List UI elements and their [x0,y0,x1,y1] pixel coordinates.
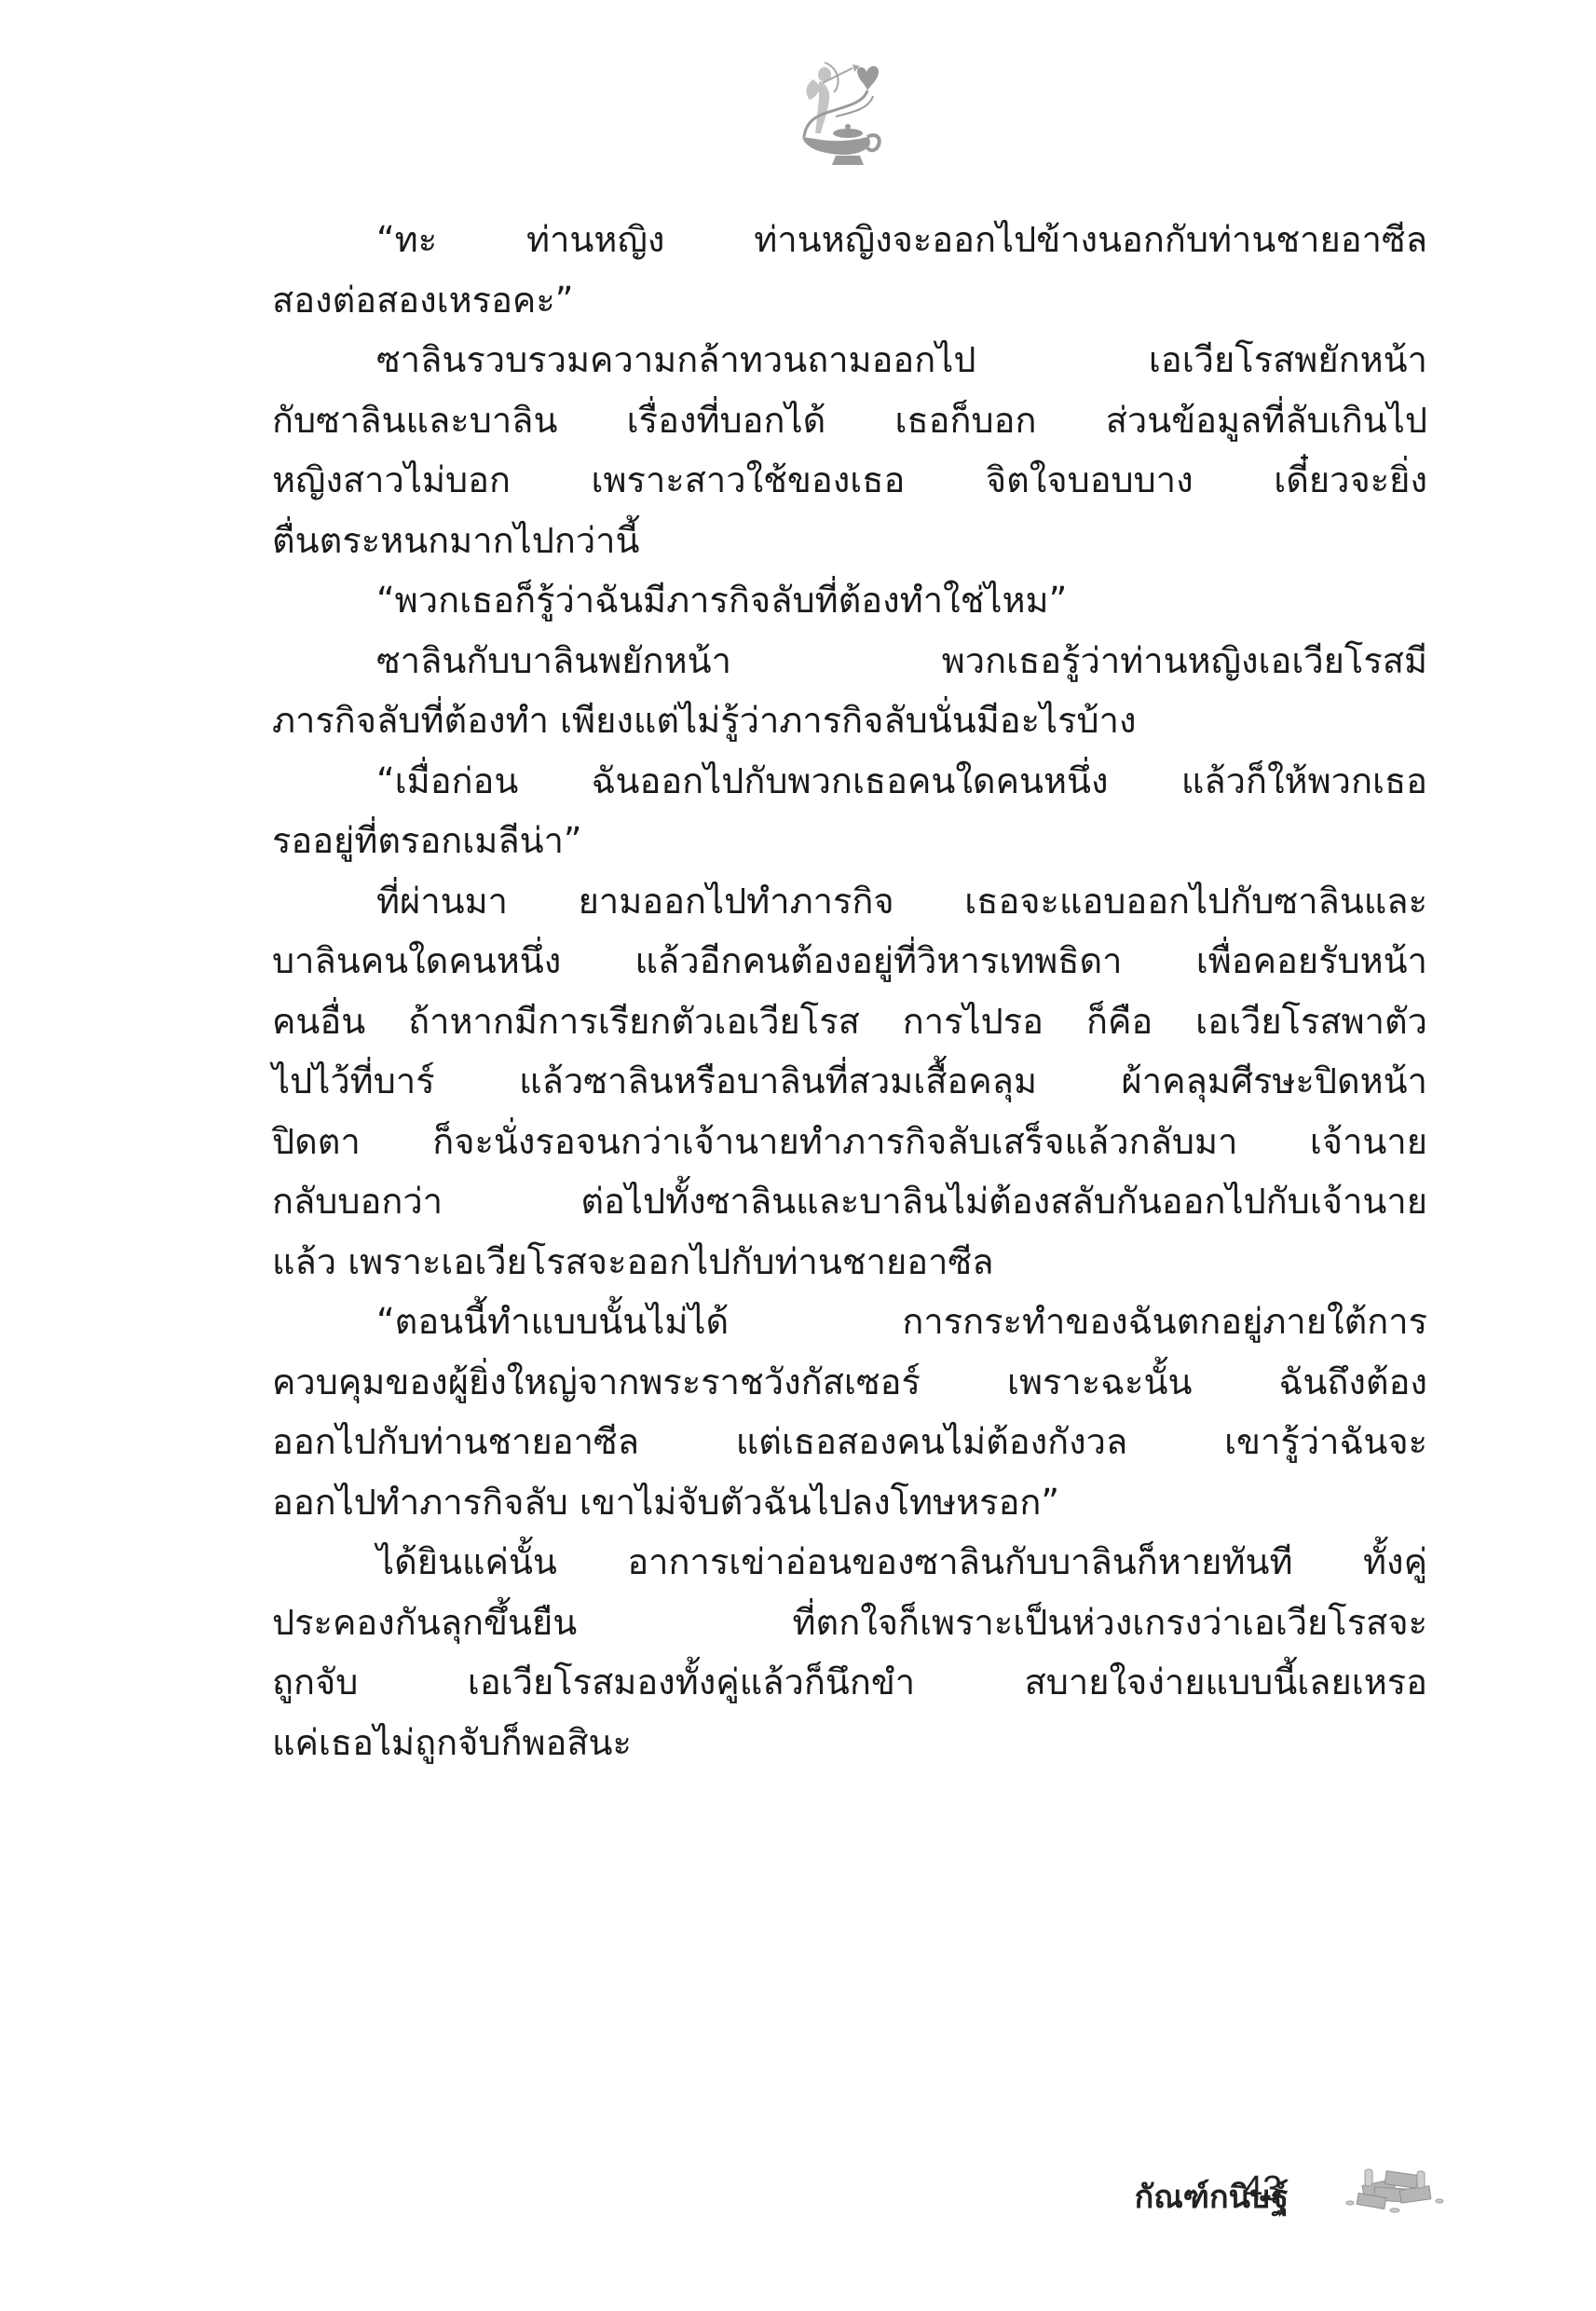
text-line: ซาลินกับบาลินพยักหน้า พวกเธอรู้ว่าท่านหญ… [272,631,1427,691]
cupid-magic-lamp-icon [778,51,899,172]
text-line: “เมื่อก่อน ฉันออกไปกับพวกเธอคนใดคนหนึ่ง … [272,751,1427,812]
text-line: รออยู่ที่ตรอกเมลีน่า” [272,811,1427,871]
text-line: ไปไว้ที่บาร์ แล้วซาลินหรือบาลินที่สวมเสื… [272,1051,1427,1112]
text-line: ตื่นตระหนกมากไปกว่านี้ [272,511,1427,571]
text-line: ออกไปทำภารกิจลับ เขาไม่จับตัวฉันไปลงโทษห… [272,1472,1427,1533]
text-line: คนอื่น ถ้าหากมีการเรียกตัวเอเวียโรส การไ… [272,991,1427,1052]
page-number: 43 [1243,2169,1282,2209]
text-line: สองต่อสองเหรอคะ” [272,270,1427,331]
page-footer: กัณฑ์กนิษฐ์ 43 [0,2160,1596,2225]
text-line: ได้ยินแค่นั้น อาการเข่าอ่อนของซาลินกับบา… [272,1532,1427,1593]
text-line: ประคองกันลุกขึ้นยืน ที่ตกใจก็เพราะเป็นห่… [272,1593,1427,1653]
text-line: “ทะ ท่านหญิง ท่านหญิงจะออกไปข้างนอกกับท่… [272,210,1427,270]
text-line: ออกไปกับท่านชายอาซีล แต่เธอสองคนไม่ต้องก… [272,1412,1427,1472]
text-line: บาลินคนใดคนหนึ่ง แล้วอีกคนต้องอยู่ที่วิห… [272,931,1427,991]
text-line: กับซาลินและบาลิน เรื่องที่บอกได้ เธอก็บอ… [272,390,1427,451]
text-line: ถูกจับ เอเวียโรสมองทั้งคู่แล้วก็นึกขำ สบ… [272,1652,1427,1713]
text-line: ภารกิจลับที่ต้องทำ เพียงแต่ไม่รู้ว่าภารก… [272,691,1427,751]
text-line: หญิงสาวไม่บอก เพราะสาวใช้ของเธอ จิตใจบอบ… [272,450,1427,511]
text-line: ซาลินรวบรวมความกล้าทวนถามออกไป เอเวียโรส… [272,330,1427,390]
text-line: แล้ว เพราะเอเวียโรสจะออกไปกับท่านชายอาซี… [272,1232,1427,1292]
text-line: ควบคุมของผู้ยิ่งใหญ่จากพระราชวังกัสเซอร์… [272,1352,1427,1413]
money-pile-icon [1337,2160,1453,2216]
text-line: กลับบอกว่า ต่อไปทั้งซาลินและบาลินไม่ต้อง… [272,1171,1427,1232]
text-line: “พวกเธอก็รู้ว่าฉันมีภารกิจลับที่ต้องทำใช… [272,570,1427,631]
text-line: แค่เธอไม่ถูกจับก็พอสินะ [272,1713,1427,1773]
text-line: “ตอนนี้ทำแบบนั้นไม่ได้ การกระทำของฉันตกอ… [272,1292,1427,1352]
text-line: ปิดตา ก็จะนั่งรอจนกว่าเจ้านายทำภารกิจลับ… [272,1112,1427,1172]
text-line: ที่ผ่านมา ยามออกไปทำภารกิจ เธอจะแอบออกไป… [272,871,1427,932]
page-body: “ทะ ท่านหญิง ท่านหญิงจะออกไปข้างนอกกับท่… [272,210,1427,1772]
